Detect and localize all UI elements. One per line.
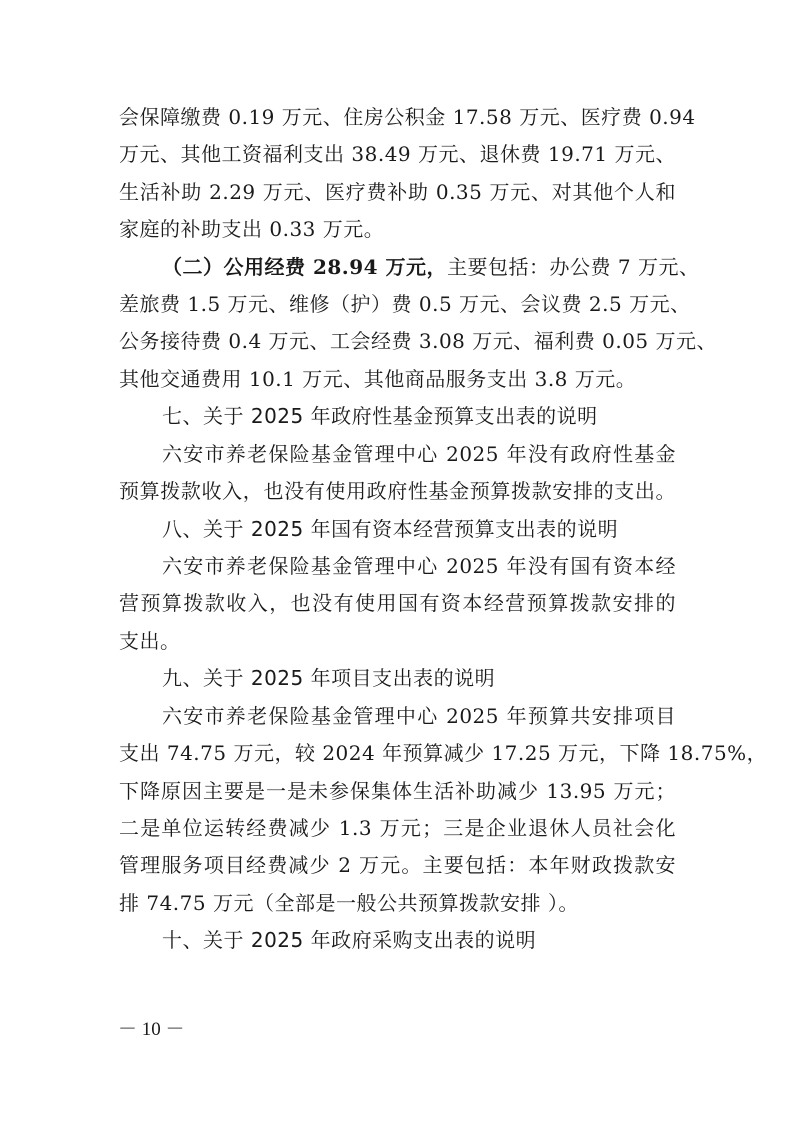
paragraph-line: 六安市养老保险基金管理中心 2025 年没有国有资本经 [162,551,676,581]
page-number: － 10 － [118,1018,185,1042]
paragraph-line: 万元、其他工资福利支出 38.49 万元、退休费 19.71 万元、 [119,139,676,169]
paragraph-line: 六安市养老保险基金管理中心 2025 年没有政府性基金 [162,439,676,469]
public-funds-heading: （二）公用经费 28.94 万元， [162,255,447,279]
paragraph-line: 下降原因主要是一是未参保集体生活补助减少 13.95 万元； [119,776,676,806]
section-8-heading: 八、关于 2025 年国有资本经营预算支出表的说明 [162,514,676,544]
paragraph-line: 六安市养老保险基金管理中心 2025 年预算共安排项目 [162,701,676,731]
paragraph-line: 差旅费 1.5 万元、维修（护）费 0.5 万元、会议费 2.5 万元、 [119,289,676,319]
section-9-heading: 九、关于 2025 年项目支出表的说明 [162,663,676,693]
paragraph-line: 管理服务项目经费减少 2 万元。主要包括：本年财政拨款安 [119,850,676,880]
paragraph-line: 其他交通费用 10.1 万元、其他商品服务支出 3.8 万元。 [119,364,676,394]
paragraph-line: 排 74.75 万元（全部是一般公共预算拨款安排 ）。 [119,888,676,918]
paragraph-line: 支出 74.75 万元，较 2024 年预算减少 17.25 万元，下降 18.… [119,738,676,768]
paragraph-line: 预算拨款收入，也没有使用政府性基金预算拨款安排的支出。 [119,476,676,506]
paragraph-line: 家庭的补助支出 0.33 万元。 [119,214,676,244]
section-7-heading: 七、关于 2025 年政府性基金预算支出表的说明 [162,401,676,431]
paragraph-line: 二是单位运转经费减少 1.3 万元；三是企业退休人员社会化 [119,813,676,843]
public-funds-lead-text: 主要包括：办公费 7 万元、 [447,255,699,279]
paragraph-line: 营预算拨款收入，也没有使用国有资本经营预算拨款安排的 [119,588,676,618]
paragraph-line: 支出。 [119,626,676,656]
paragraph-line: 生活补助 2.29 万元、医疗费补助 0.35 万元、对其他个人和 [119,177,676,207]
public-funds-lead-line: （二）公用经费 28.94 万元，主要包括：办公费 7 万元、 [162,252,676,282]
section-10-heading: 十、关于 2025 年政府采购支出表的说明 [162,925,676,955]
paragraph-line: 会保障缴费 0.19 万元、住房公积金 17.58 万元、医疗费 0.94 [119,102,676,132]
document-page: 会保障缴费 0.19 万元、住房公积金 17.58 万元、医疗费 0.94 万元… [0,0,793,1122]
paragraph-line: 公务接待费 0.4 万元、工会经费 3.08 万元、福利费 0.05 万元、 [119,326,676,356]
